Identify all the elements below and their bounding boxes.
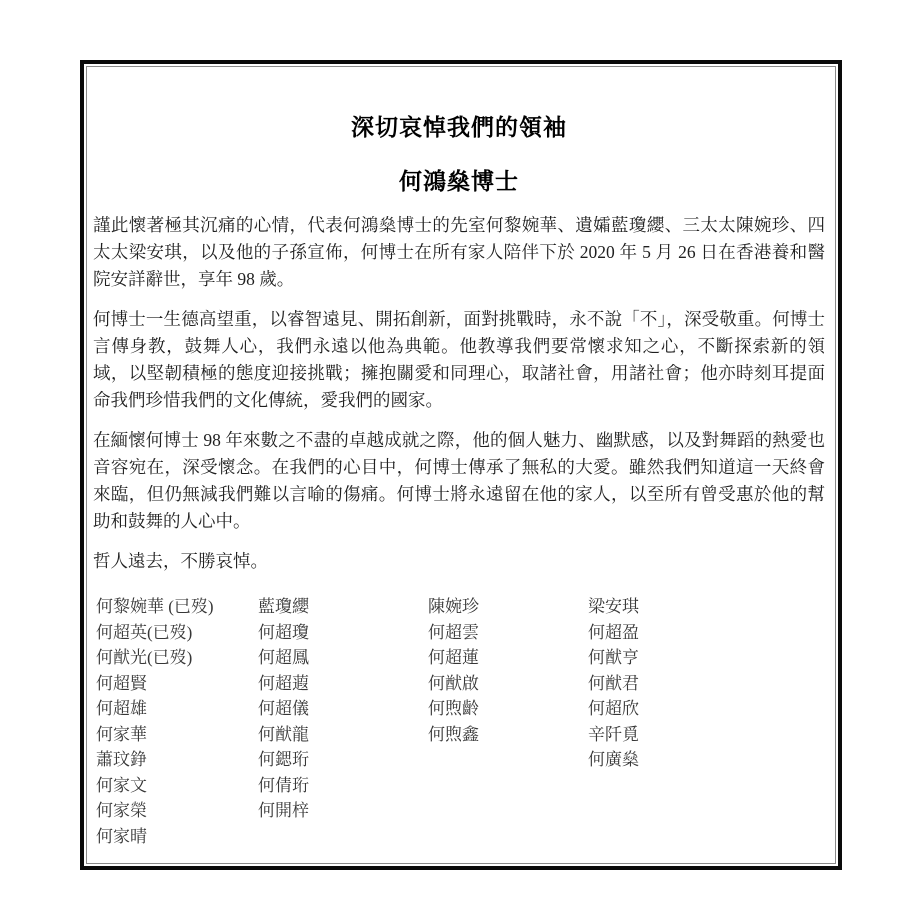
signatory-name: 何家華 [96, 722, 258, 748]
memorial-body: 謹此懷著極其沉痛的心情，代表何鴻燊博士的先室何黎婉華、遺孀藍瓊纓、三太太陳婉珍、… [93, 212, 825, 535]
signatory-name: 何猷啟 [428, 671, 588, 697]
signatory-name: 何家晴 [96, 824, 258, 850]
signatory-name: 何超蓮 [428, 645, 588, 671]
signatory-name: 何超盈 [588, 620, 825, 646]
signatory-name: 何猷光(已歿) [96, 645, 258, 671]
signatories-list: 何黎婉華 (已歿)何超英(已歿)何猷光(已歿)何超賢何超雄何家華蕭玟錚何家文何家… [93, 594, 825, 849]
signatory-name: 何超儀 [258, 696, 428, 722]
signatory-name: 何猷亨 [588, 645, 825, 671]
signatory-name: 何家文 [96, 773, 258, 799]
signatory-name: 何超英(已歿) [96, 620, 258, 646]
signatory-name: 何黎婉華 (已歿) [96, 594, 258, 620]
name-column-4: 梁安琪何超盈何猷亨何猷君何超欣辛阡覓何廣燊 [588, 594, 825, 849]
signatory-name: 何超蕸 [258, 671, 428, 697]
signatory-name: 藍瓊纓 [258, 594, 428, 620]
signatory-name: 何倩珩 [258, 773, 428, 799]
signatory-name: 何超欣 [588, 696, 825, 722]
memorial-notice-page: 深切哀悼我們的領袖 何鴻燊博士 謹此懷著極其沉痛的心情，代表何鴻燊博士的先室何黎… [86, 66, 836, 864]
signatory-name: 蕭玟錚 [96, 747, 258, 773]
signatory-name: 何猷龍 [258, 722, 428, 748]
signatory-name: 何煦鑫 [428, 722, 588, 748]
memorial-title: 深切哀悼我們的領袖 [93, 114, 825, 142]
signatory-name: 何鍶珩 [258, 747, 428, 773]
signatory-name: 何超賢 [96, 671, 258, 697]
name-column-2: 藍瓊纓何超瓊何超鳳何超蕸何超儀何猷龍何鍶珩何倩珩何開梓 [258, 594, 428, 849]
closing-line: 哲人遠去，不勝哀悼。 [93, 548, 825, 575]
signatory-name: 梁安琪 [588, 594, 825, 620]
name-column-1: 何黎婉華 (已歿)何超英(已歿)何猷光(已歿)何超賢何超雄何家華蕭玟錚何家文何家… [96, 594, 258, 849]
signatory-name: 何超雲 [428, 620, 588, 646]
paragraph-announcement: 謹此懷著極其沉痛的心情，代表何鴻燊博士的先室何黎婉華、遺孀藍瓊纓、三太太陳婉珍、… [93, 212, 825, 293]
deceased-name-heading: 何鴻燊博士 [93, 168, 825, 196]
signatory-name: 陳婉珍 [428, 594, 588, 620]
signatory-name: 何超鳳 [258, 645, 428, 671]
signatory-name: 辛阡覓 [588, 722, 825, 748]
signatory-name: 何開梓 [258, 798, 428, 824]
signatory-name: 何家榮 [96, 798, 258, 824]
signatory-name: 何煦齡 [428, 696, 588, 722]
signatory-name: 何超雄 [96, 696, 258, 722]
signatory-name: 何猷君 [588, 671, 825, 697]
signatory-name: 何超瓊 [258, 620, 428, 646]
paragraph-tribute: 何博士一生德高望重，以睿智遠見、開拓創新，面對挑戰時，永不說「不」，深受敬重。何… [93, 306, 825, 414]
signatory-name: 何廣燊 [588, 747, 825, 773]
name-column-3: 陳婉珍何超雲何超蓮何猷啟何煦齡何煦鑫 [428, 594, 588, 849]
paragraph-remembrance: 在緬懷何博士 98 年來數之不盡的卓越成就之際，他的個人魅力、幽默感，以及對舞蹈… [93, 427, 825, 535]
